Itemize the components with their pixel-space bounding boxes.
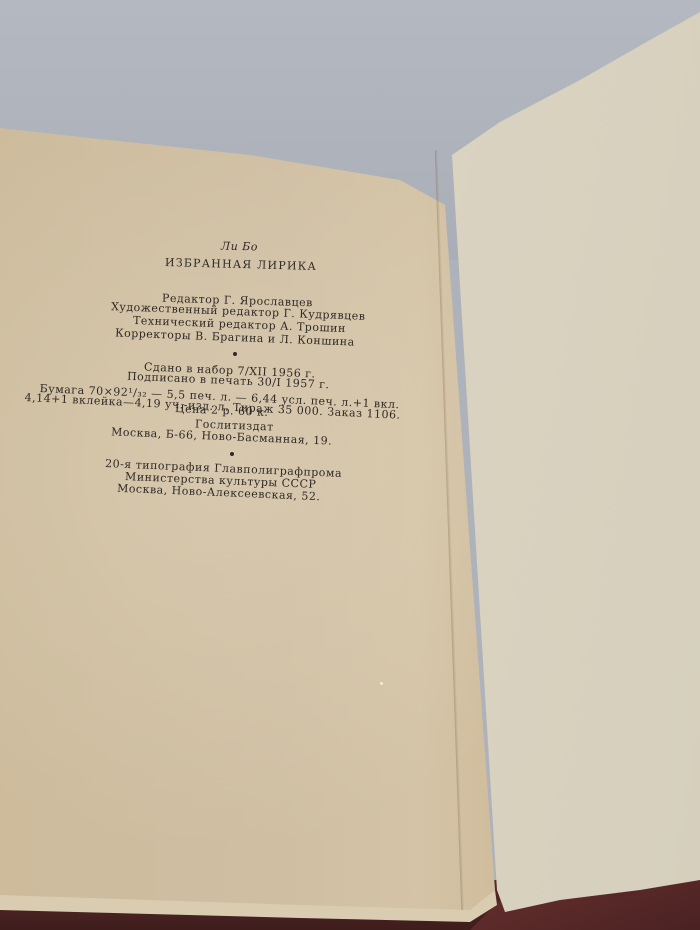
colophon: Ли Бо ИЗБРАННАЯ ЛИРИКА Редактор Г. Яросл… bbox=[0, 0, 700, 930]
separator-dot bbox=[233, 352, 237, 356]
separator-dot bbox=[230, 452, 234, 456]
book-title: ИЗБРАННАЯ ЛИРИКА bbox=[165, 256, 317, 273]
price: Цена 2 р. 60 к. bbox=[175, 402, 269, 419]
paper-speck bbox=[380, 682, 383, 685]
author-name: Ли Бо bbox=[221, 240, 258, 254]
